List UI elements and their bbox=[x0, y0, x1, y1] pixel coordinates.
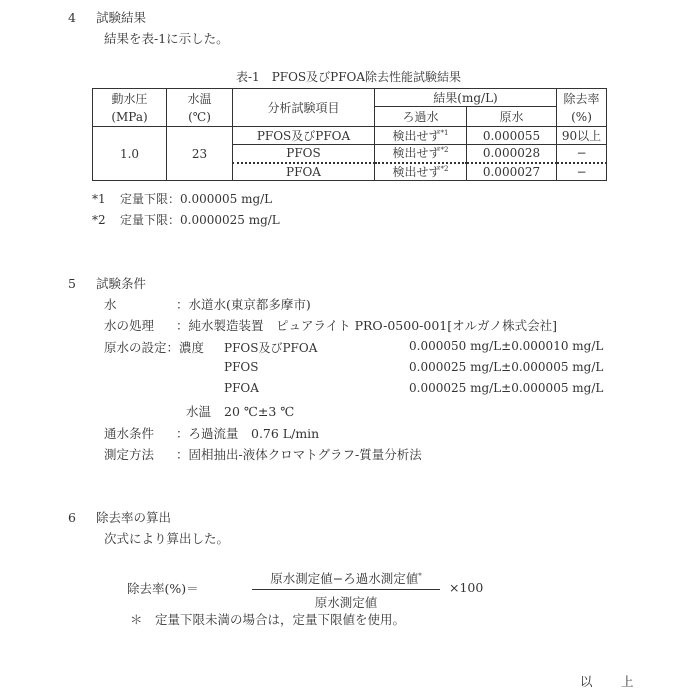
footnote-2: *2定量下限：0.0000025 mg/L bbox=[92, 211, 280, 228]
condition-water: 水：水道水(東京都多摩市) bbox=[104, 295, 311, 313]
footnote-mark: *2 bbox=[441, 146, 449, 154]
item-cell: PFOS及びPFOA bbox=[233, 127, 375, 145]
formula-fraction: 原水測定値−ろ過水測定値* 原水測定値 bbox=[252, 569, 440, 611]
concentration-name: PFOS及びPFOA bbox=[224, 339, 317, 356]
formula-lhs: 除去率(%)＝ bbox=[127, 579, 199, 597]
header-removal-label: 除去率 bbox=[557, 93, 606, 105]
footnote-1: *1定量下限：0.000005 mg/L bbox=[92, 190, 272, 207]
section-title: 除去率の算出 bbox=[96, 510, 171, 525]
results-table: 動水圧 (MPa) 水温 (℃) 分析試験項目 結果(mg/L) 除去率 (%)… bbox=[92, 88, 607, 181]
condition-label: 通水条件 bbox=[104, 424, 176, 442]
filtered-cell: 検出せず*1 bbox=[375, 127, 467, 145]
condition-method: 測定方法：固相抽出-液体クロマトグラフ-質量分析法 bbox=[104, 445, 422, 463]
condition-label: 水 bbox=[104, 295, 176, 313]
concentration-name: PFOS bbox=[224, 360, 258, 374]
condition-value: ：固相抽出-液体クロマトグラフ-質量分析法 bbox=[176, 447, 422, 462]
condition-flow: 通水条件：ろ過流量 0.76 L/min bbox=[104, 424, 319, 442]
footnote-mark: *2 bbox=[92, 213, 120, 227]
condition-temp: 水温20 ℃±3 ℃ bbox=[186, 402, 294, 420]
header-pressure-unit: (MPa) bbox=[93, 111, 166, 123]
removal-cell: − bbox=[557, 145, 607, 163]
closing-right: 上 bbox=[621, 672, 634, 690]
header-pressure: 動水圧 (MPa) bbox=[93, 89, 167, 127]
section-4-text: 結果を表-1に示した。 bbox=[104, 29, 229, 47]
item-cell: PFOS bbox=[233, 145, 375, 163]
raw-cell: 0.000027 bbox=[467, 163, 557, 181]
section-number: 4 bbox=[68, 10, 96, 25]
raw-cell: 0.000055 bbox=[467, 127, 557, 145]
condition-raw-label: 原水の設定：濃度 bbox=[104, 338, 204, 356]
closing-left: 以 bbox=[580, 672, 593, 690]
formula-multiplier: ×100 bbox=[449, 580, 483, 595]
section-title: 試験結果 bbox=[96, 10, 146, 25]
header-pressure-label: 動水圧 bbox=[93, 93, 166, 105]
section-6-text: 次式により算出した。 bbox=[104, 529, 229, 547]
filtered-value: 検出せず bbox=[393, 129, 441, 143]
condition-label: 測定方法 bbox=[104, 445, 176, 463]
concentration-value: 0.000025 mg/L±0.000005 mg/L bbox=[409, 360, 603, 374]
concentration-name: PFOA bbox=[224, 381, 259, 395]
condition-value: ：純水製造装置 ピュアライト PRO-0500-001[オルガノ株式会社] bbox=[176, 318, 557, 333]
section-number: 5 bbox=[68, 276, 96, 291]
section-4-heading: 4試験結果 bbox=[68, 8, 146, 26]
condition-value: ：水道水(東京都多摩市) bbox=[176, 297, 311, 312]
removal-cell: 90以上 bbox=[557, 127, 607, 145]
header-filtered: ろ過水 bbox=[375, 107, 467, 127]
header-removal: 除去率 (%) bbox=[557, 89, 607, 127]
filtered-value: 検出せず bbox=[393, 165, 441, 179]
footnote-text: 定量下限：0.000005 mg/L bbox=[120, 192, 272, 206]
section-5-heading: 5試験条件 bbox=[68, 274, 146, 292]
section-6-heading: 6除去率の算出 bbox=[68, 508, 171, 526]
filtered-cell: 検出せず*2 bbox=[375, 145, 467, 163]
raw-cell: 0.000028 bbox=[467, 145, 557, 163]
filtered-cell: 検出せず*2 bbox=[375, 163, 467, 181]
fraction-line bbox=[252, 589, 440, 590]
item-cell: PFOA bbox=[233, 163, 375, 181]
formula-denominator: 原水測定値 bbox=[252, 593, 440, 611]
condition-treatment: 水の処理：純水製造装置 ピュアライト PRO-0500-001[オルガノ株式会社… bbox=[104, 316, 557, 334]
numerator-text: 原水測定値−ろ過水測定値 bbox=[270, 571, 418, 586]
concentration-value: 0.000050 mg/L±0.000010 mg/L bbox=[409, 339, 603, 353]
section-title: 試験条件 bbox=[96, 276, 146, 291]
numerator-mark: * bbox=[418, 572, 422, 580]
removal-cell: − bbox=[557, 163, 607, 181]
header-item: 分析試験項目 bbox=[233, 89, 375, 127]
footnote-mark: *1 bbox=[441, 129, 449, 137]
header-temp-label: 水温 bbox=[167, 93, 232, 105]
condition-value: ：ろ過流量 0.76 L/min bbox=[176, 426, 319, 441]
condition-value: 20 ℃±3 ℃ bbox=[224, 404, 294, 419]
section-number: 6 bbox=[68, 510, 96, 525]
table-row: 1.0 23 PFOS及びPFOA 検出せず*1 0.000055 90以上 bbox=[93, 127, 607, 145]
header-temp-unit: (℃) bbox=[167, 111, 232, 123]
footnote-mark: *1 bbox=[92, 192, 120, 206]
header-removal-unit: (%) bbox=[557, 111, 606, 123]
table-caption: 表-1 PFOS及びPFOA除去性能試験結果 bbox=[236, 68, 461, 85]
filtered-value: 検出せず bbox=[393, 146, 441, 160]
footnote-mark: *2 bbox=[441, 165, 449, 173]
concentration-value: 0.000025 mg/L±0.000005 mg/L bbox=[409, 381, 603, 395]
header-temp: 水温 (℃) bbox=[167, 89, 233, 127]
condition-label: 水の処理 bbox=[104, 316, 176, 334]
temp-value: 23 bbox=[167, 127, 233, 181]
formula-numerator: 原水測定値−ろ過水測定値* bbox=[252, 569, 440, 587]
pressure-value: 1.0 bbox=[93, 127, 167, 181]
header-result: 結果(mg/L) bbox=[375, 89, 557, 107]
condition-label: 水温 bbox=[186, 402, 224, 420]
footnote-text: 定量下限：0.0000025 mg/L bbox=[120, 213, 280, 227]
header-raw: 原水 bbox=[467, 107, 557, 127]
formula-note: ＊ 定量下限未満の場合は，定量下限値を使用。 bbox=[130, 610, 405, 628]
